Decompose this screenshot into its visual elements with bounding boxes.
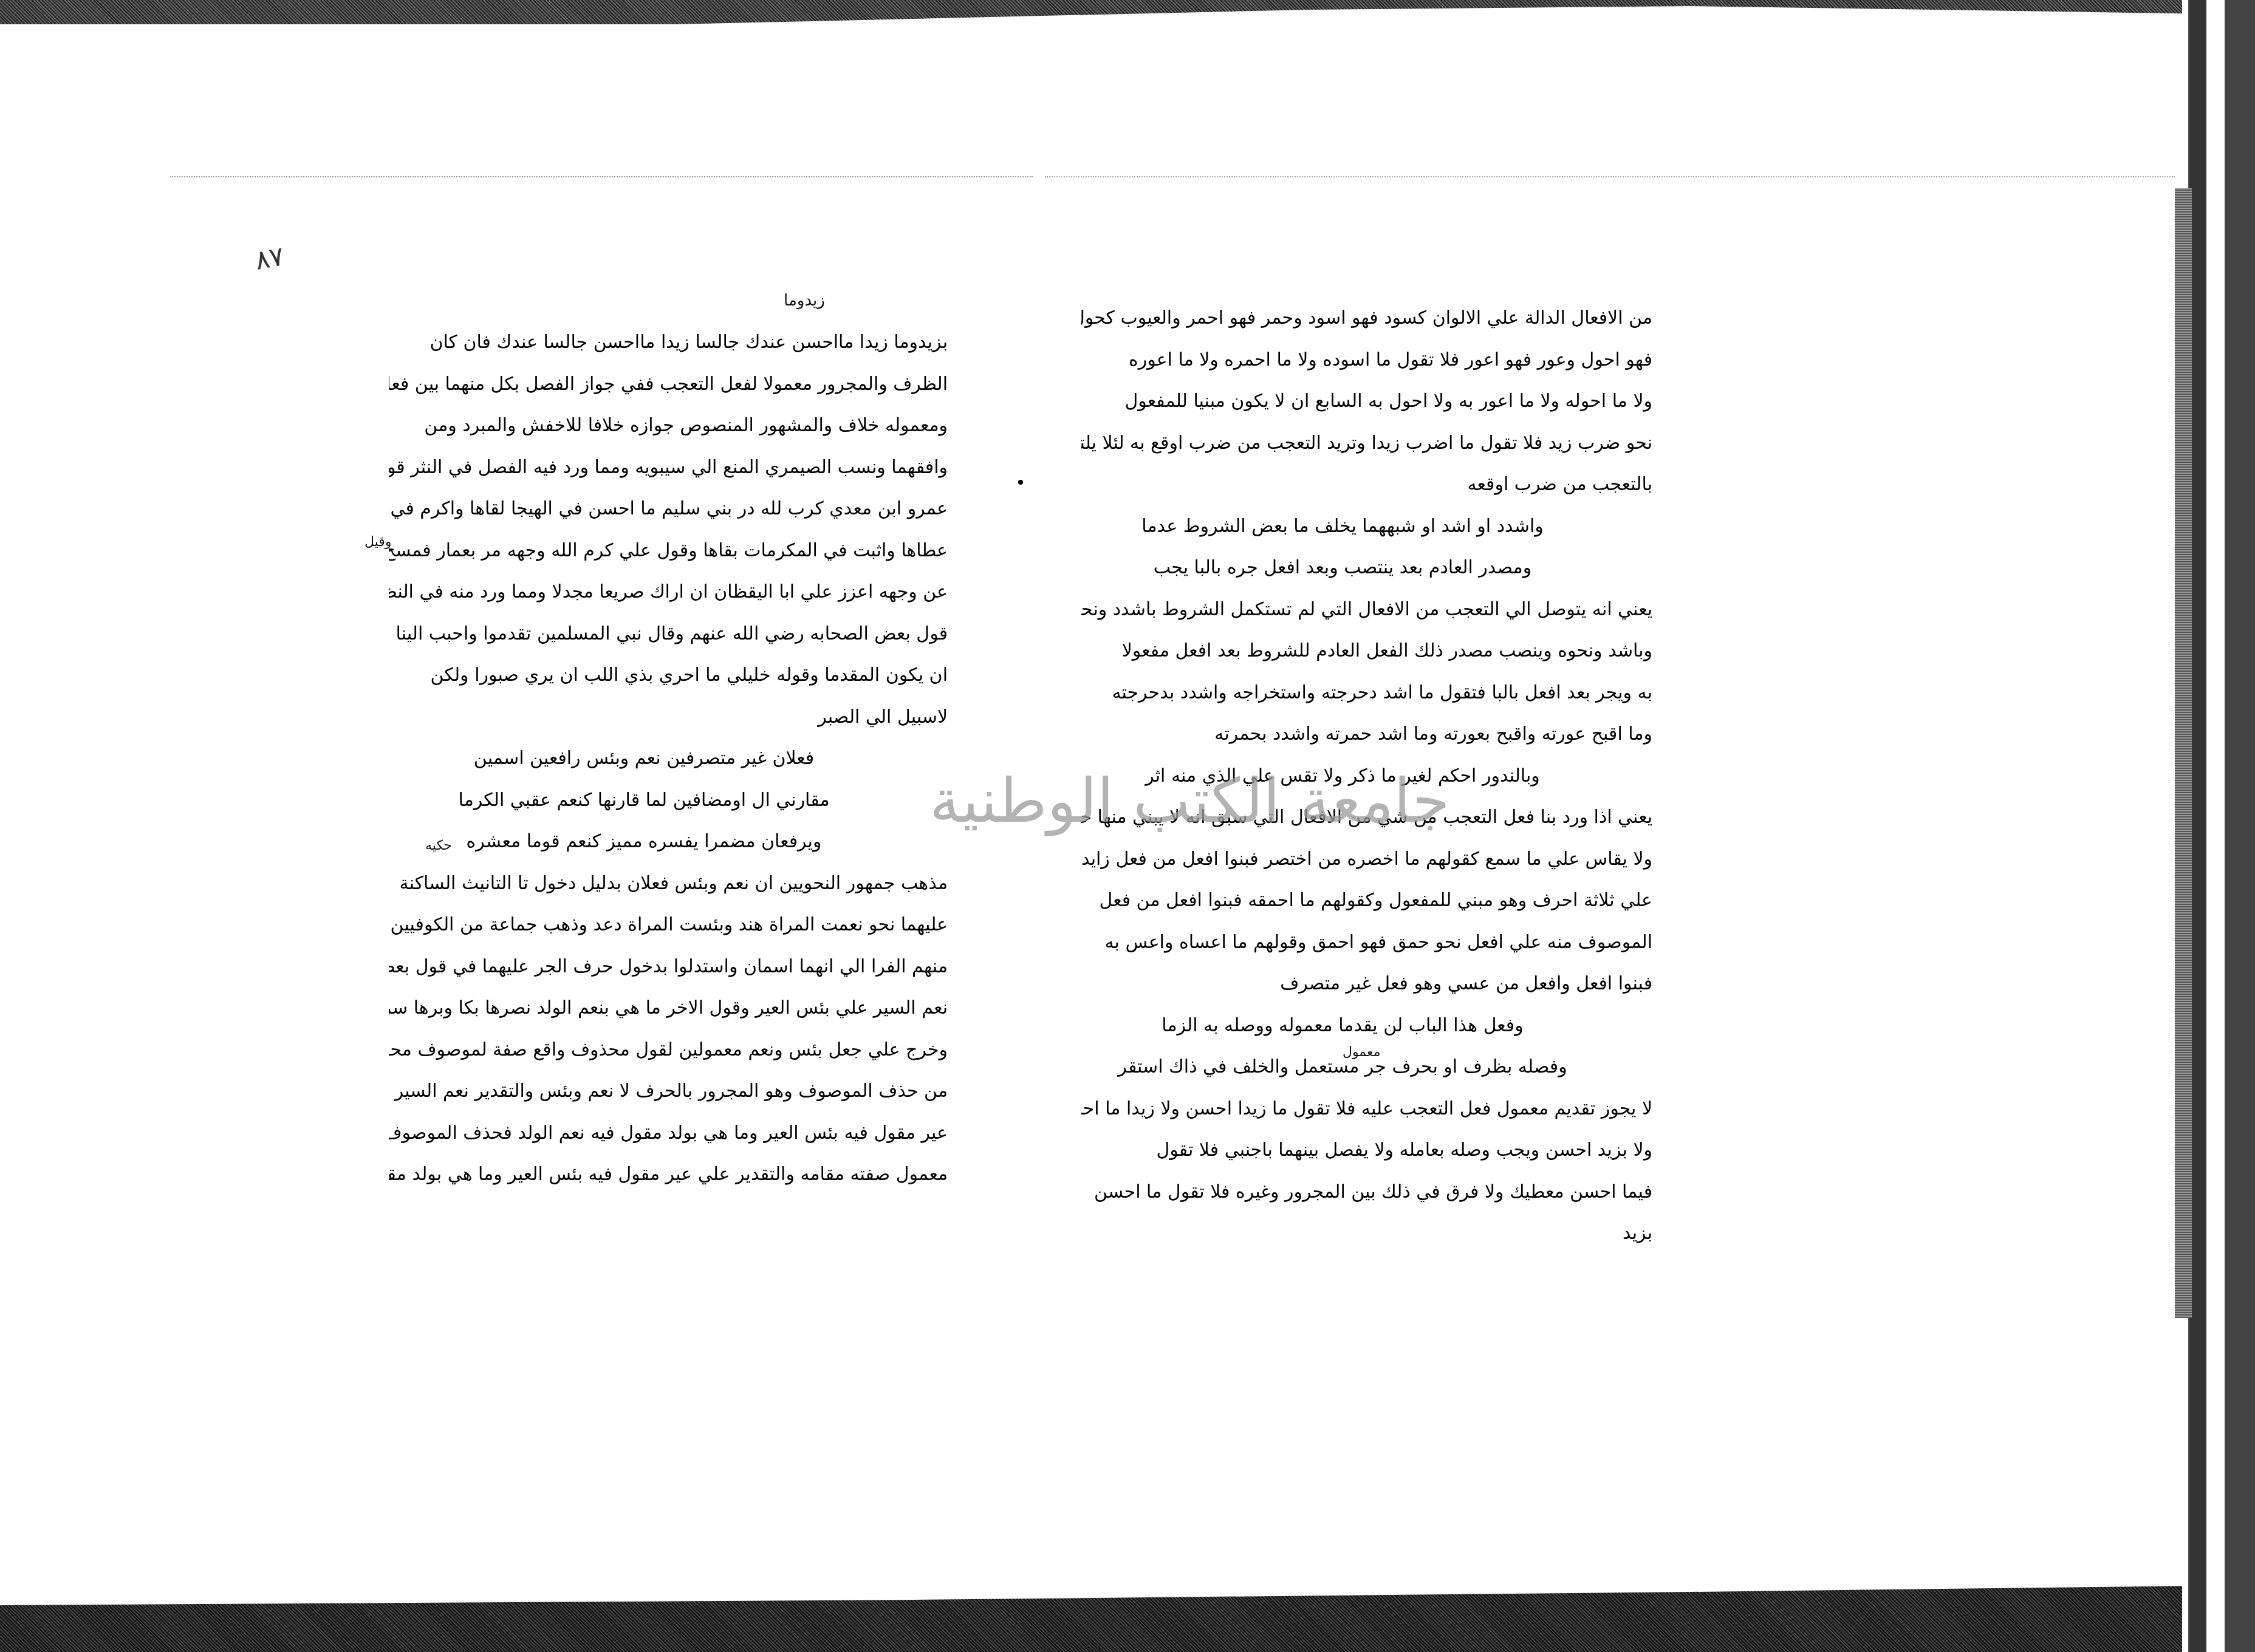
verse-line: ويرفعان مضمرا يفسره مميز كنعم قوما معشره (389, 821, 948, 863)
text-line: وباشد ونحوه وينصب مصدر ذلك الفعل العادم … (1081, 630, 1652, 672)
text-line: بالتعجب من ضرب اوقعه (1081, 464, 1652, 506)
text-line: وخرج علي جعل بئس ونعم معمولين لقول محذوف… (389, 1029, 948, 1071)
text-line: به ويجر بعد افعل بالبا فتقول ما اشد دحرج… (1081, 672, 1652, 714)
text-line: ان يكون المقدما وقوله خليلي ما احري بذي … (389, 655, 948, 697)
text-line: وما اقبح عورته واقبح بعورته وما اشد حمرت… (1081, 714, 1652, 756)
scan-right-border (2182, 0, 2255, 1652)
text-line: معمول صفته مقامه والتقدير علي عير مقول ف… (389, 1154, 948, 1196)
text-line: مذهب جمهور النحويين ان نعم وبئس فعلان بد… (389, 863, 948, 905)
verse-line: مقارني ال اومضافين لما قارنها كنعم عقبي … (389, 780, 948, 822)
text-line: عير مقول فيه بئس العير وما هي بولد مقول … (389, 1113, 948, 1155)
text-line: علي ثلاثة احرف وهو مبني للمفعول وكقولهم … (1081, 880, 1652, 922)
text-line: من حذف الموصوف وهو المجرور بالحرف لا نعم… (389, 1071, 948, 1113)
text-line: فيما احسن معطيك ولا فرق في ذلك بين المجر… (1081, 1172, 1652, 1213)
text-line: يعني انه يتوصل الي التعجب من الافعال الت… (1081, 589, 1652, 631)
text-line: بزيدوما زيدا مااحسن عندك جالسا زيدا مااح… (389, 322, 948, 364)
text-line: الموصوف منه علي افعل نحو حمق فهو احمق وق… (1081, 922, 1652, 964)
margin-note: وقيل (364, 534, 391, 550)
library-watermark: جامعة الكتب الوطنية (929, 765, 1450, 836)
text-line: نعم السير علي بئس العير وقول الاخر ما هي… (389, 988, 948, 1029)
text-line: فبنوا افعل وافعل من عسي وهو فعل غير متصر… (1081, 963, 1652, 1005)
text-line: منهم الفرا الي انهما اسمان واستدلوا بدخو… (389, 946, 948, 988)
text-line: عليهما نحو نعمت المراة هند وبئست المراة … (389, 904, 948, 946)
text-line: نحو ضرب زيد فلا تقول ما اضرب زيدا وتريد … (1081, 423, 1652, 465)
text-line: قول بعض الصحابه رضي الله عنهم وقال نبي ا… (389, 613, 948, 655)
left-page-text: بزيدوما زيدا مااحسن عندك جالسا زيدا مااح… (389, 322, 948, 1196)
text-line: ولا ما احوله ولا ما اعور به ولا احول به … (1081, 381, 1652, 423)
text-line: الظرف والمجرور معمولا لفعل التعجب ففي جو… (389, 364, 948, 406)
text-line: لا يجوز تقديم معمول فعل التعجب عليه فلا … (1081, 1088, 1652, 1130)
text-line: ومعموله خلاف والمشهور المنصوص جوازه خلاف… (389, 405, 948, 447)
text-line: عطاها واثبت في المكرمات بقاها وقول علي ك… (389, 530, 948, 572)
text-line: عمرو ابن معدي كرب لله در بني سليم ما احس… (389, 488, 948, 530)
verse-line: واشدد او اشد او شبههما يخلف ما بعض الشرو… (1081, 506, 1652, 548)
verse-line: فعلان غير متصرفين نعم وبئس رافعين اسمين (389, 738, 948, 780)
text-line: بزيد (1081, 1213, 1652, 1255)
scan-top-border (0, 0, 2255, 24)
interlinear-note: معمول (1343, 1045, 1380, 1060)
text-line: لاسبيل الي الصبر (389, 697, 948, 739)
text-line: من الافعال الدالة علي الالوان كسود فهو ا… (1081, 298, 1652, 340)
text-line: عن وجهه اعزز علي ابا اليقظان ان اراك صري… (389, 572, 948, 613)
scan-bottom-border (0, 1585, 2255, 1652)
folio-number: ٨٧ (253, 241, 286, 276)
ink-dot (1018, 480, 1023, 485)
text-line: ولا بزيد احسن ويجب وصله بعامله ولا يفصل … (1081, 1130, 1652, 1172)
text-line: فهو احول وعور فهو اعور فلا تقول ما اسوده… (1081, 340, 1652, 381)
text-line: وافقهما ونسب الصيمري المنع الي سيبويه وم… (389, 447, 948, 489)
verse-line: ومصدر العادم بعد ينتصب وبعد افعل جره بال… (1081, 547, 1652, 589)
text-line: ولا يقاس علي ما سمع كقولهم ما اخصره من ا… (1081, 839, 1652, 881)
top-catchword: زيدوما (784, 292, 825, 310)
page-edge (2175, 188, 2192, 1318)
verse-line: وفعل هذا الباب لن يقدما معموله ووصله به … (1081, 1005, 1652, 1047)
